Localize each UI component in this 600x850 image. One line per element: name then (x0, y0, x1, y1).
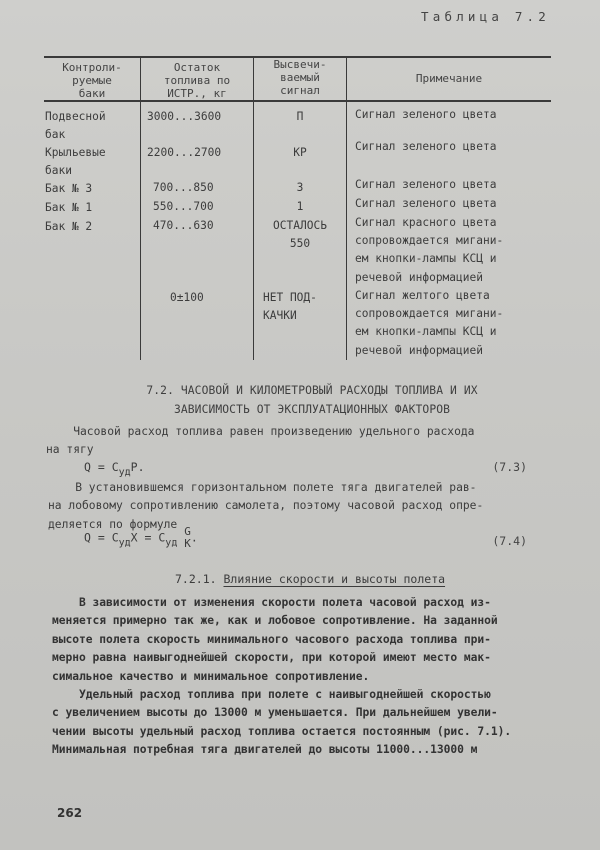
formula-7-3: Q = CудP. (84, 460, 145, 478)
section-heading: 7.2. ЧАСОВОЙ И КИЛОМЕТРОВЫЙ РАСХОДЫ ТОПЛ… (0, 381, 600, 400)
header-tanks: Контроли- руемые баки (44, 61, 140, 100)
cell-signal: ОСТАЛОСЬ 550 (254, 217, 346, 253)
cell-fuel: 550...700 (153, 198, 214, 216)
paragraph: Удельный расход топлива при полете с наи… (52, 686, 511, 760)
cell-signal: НЕТ ПОД- КАЧКИ (263, 289, 317, 325)
subsection-heading: 7.2.1. Влияние скорости и высоты полета (175, 572, 445, 586)
cell-fuel: 3000...3600 (147, 108, 221, 126)
cell-note: Сигнал желтого цвета сопровождается мига… (355, 287, 503, 360)
formula-7-4: Q = CудX = Cуд GK. (84, 526, 198, 550)
cell-signal: 1 (254, 198, 346, 216)
cell-tank: Бак № 1 (45, 199, 92, 217)
paragraph: В зависимости от изменения скорости поле… (52, 594, 498, 686)
cell-signal: 3 (254, 179, 346, 197)
cell-tank: Крыльевые баки (45, 144, 106, 180)
cell-note: Сигнал красного цвета сопровождается миг… (355, 214, 503, 287)
formula-text: Q = C (84, 531, 119, 545)
formula-text: Q = C (84, 460, 119, 474)
subsection-number: 7.2.1. (175, 572, 217, 586)
cell-signal: КР (254, 144, 346, 162)
denominator: K (184, 538, 191, 550)
formula-subscript: уд (165, 538, 177, 549)
cell-signal: П (254, 108, 346, 126)
page-number: 262 (57, 806, 82, 820)
table-header-rule (44, 100, 551, 102)
cell-fuel: 0±100 (170, 289, 204, 307)
cell-note: Сигнал зеленого цвета (355, 138, 496, 156)
cell-tank: Бак № 2 (45, 218, 92, 236)
header-note: Примечание (347, 72, 551, 85)
cell-tank: Бак № 3 (45, 180, 92, 198)
header-fuel-remaining: Остаток топлива по ИСТР., кг (141, 61, 253, 100)
cell-tank: Подвесной бак (45, 108, 106, 144)
column-divider (140, 56, 141, 360)
cell-note: Сигнал зеленого цвета (355, 106, 496, 124)
cell-fuel: 700...850 (153, 179, 214, 197)
subsection-title: Влияние скорости и высоты полета (223, 572, 445, 586)
equation-number: (7.4) (492, 534, 527, 548)
paragraph: Часовой расход топлива равен произведени… (46, 423, 566, 460)
column-divider (346, 56, 347, 360)
equation-number: (7.3) (492, 460, 527, 474)
formula-text: P. (131, 460, 145, 474)
cell-fuel: 470...630 (153, 217, 214, 235)
header-signal: Высвечи- ваемый сигнал (254, 58, 346, 97)
cell-note: Сигнал зеленого цвета (355, 176, 496, 194)
formula-subscript: уд (119, 538, 131, 549)
cell-note: Сигнал зеленого цвета (355, 195, 496, 213)
formula-text: X = C (131, 531, 166, 545)
table-caption: Таблица 7.2 (421, 9, 550, 24)
cell-fuel: 2200...2700 (147, 144, 221, 162)
formula-text: . (191, 531, 198, 545)
fraction: GK (184, 526, 191, 550)
book-page: Таблица 7.2 Контроли- руемые баки Остато… (0, 0, 600, 850)
section-heading: ЗАВИСИМОСТЬ ОТ ЭКСПЛУАТАЦИОННЫХ ФАКТОРОВ (0, 400, 600, 419)
formula-subscript: уд (119, 467, 131, 478)
